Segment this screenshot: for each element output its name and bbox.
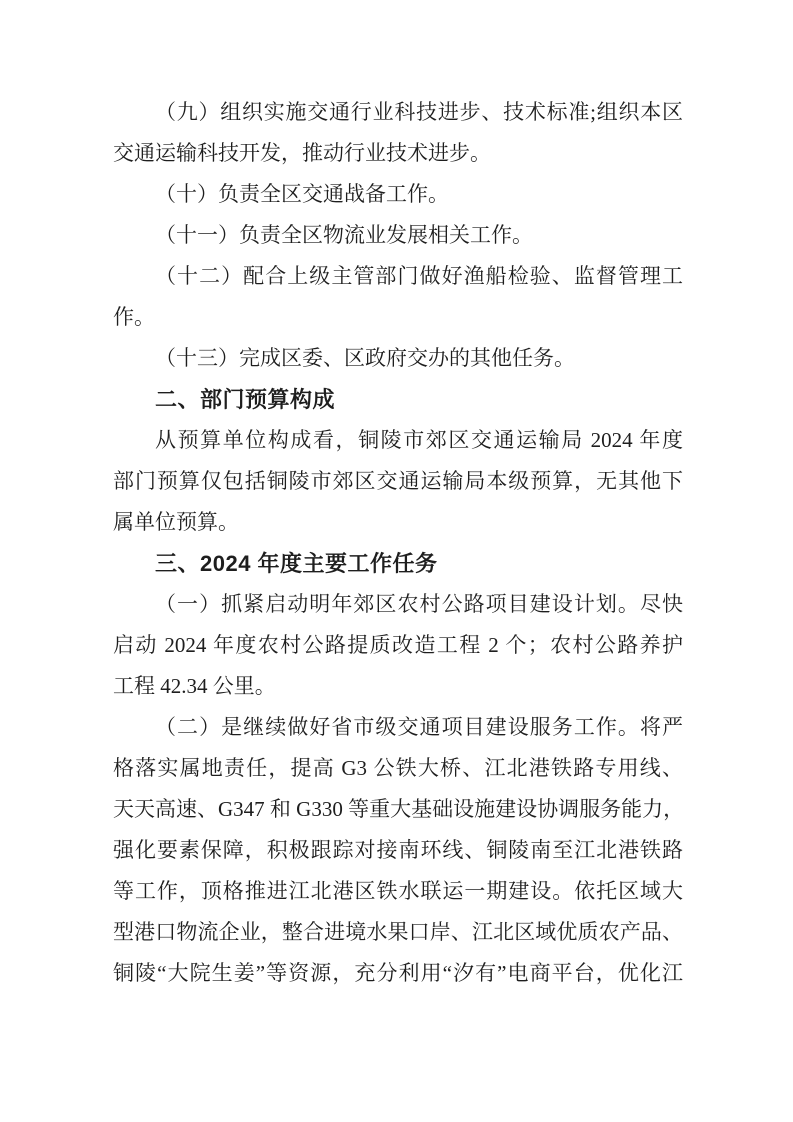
text-line: 天天高速、G347 和 G330 等重大基础设施建设协调服务能力， [113,789,683,830]
text-line: （十）负责全区交通战备工作。 [113,174,683,215]
task-1-paragraph: （一）抓紧启动明年郊区农村公路项目建设计划。尽快启动 2024 年度农村公路提质… [113,584,683,707]
text-line: 工程 42.34 公里。 [113,666,683,707]
text-line: 交通运输科技开发，推动行业技术进步。 [113,133,683,174]
section-2-heading: 二、部门预算构成 [113,379,683,420]
text-line: 三、2024 年度主要工作任务 [113,543,683,584]
text-line: 启动 2024 年度农村公路提质改造工程 2 个；农村公路养护 [113,625,683,666]
section-3-heading: 三、2024 年度主要工作任务 [113,543,683,584]
text-line: 二、部门预算构成 [113,379,683,420]
item-11-paragraph: （十一）负责全区物流业发展相关工作。 [113,215,683,256]
text-line: 铜陵“大院生姜”等资源，充分利用“汐有”电商平台，优化江 [113,953,683,994]
budget-composition-paragraph: 从预算单位构成看，铜陵市郊区交通运输局 2024 年度部门预算仅包括铜陵市郊区交… [113,420,683,543]
item-13-paragraph: （十三）完成区委、区政府交办的其他任务。 [113,338,683,379]
text-line: 作。 [113,297,683,338]
text-line: 从预算单位构成看，铜陵市郊区交通运输局 2024 年度 [113,420,683,461]
item-12-paragraph: （十二）配合上级主管部门做好渔船检验、监督管理工作。 [113,256,683,338]
document-page: （九）组织实施交通行业科技进步、技术标准;组织本区交通运输科技开发，推动行业技术… [0,0,793,1122]
text-line: （十三）完成区委、区政府交办的其他任务。 [113,338,683,379]
text-line: 型港口物流企业，整合进境水果口岸、江北区域优质农产品、 [113,912,683,953]
text-line: 强化要素保障，积极跟踪对接南环线、铜陵南至江北港铁路 [113,830,683,871]
text-line: （二）是继续做好省市级交通项目建设服务工作。将严 [113,707,683,748]
document-content: （九）组织实施交通行业科技进步、技术标准;组织本区交通运输科技开发，推动行业技术… [113,92,683,994]
item-9-paragraph: （九）组织实施交通行业科技进步、技术标准;组织本区交通运输科技开发，推动行业技术… [113,92,683,174]
text-line: 格落实属地责任，提高 G3 公铁大桥、江北港铁路专用线、 [113,748,683,789]
text-line: 属单位预算。 [113,502,683,543]
text-line: （十二）配合上级主管部门做好渔船检验、监督管理工 [113,256,683,297]
text-line: 部门预算仅包括铜陵市郊区交通运输局本级预算，无其他下 [113,461,683,502]
task-2-paragraph: （二）是继续做好省市级交通项目建设服务工作。将严格落实属地责任，提高 G3 公铁… [113,707,683,994]
text-line: （一）抓紧启动明年郊区农村公路项目建设计划。尽快 [113,584,683,625]
text-line: （九）组织实施交通行业科技进步、技术标准;组织本区 [113,92,683,133]
text-line: 等工作，顶格推进江北港区铁水联运一期建设。依托区域大 [113,871,683,912]
item-10-paragraph: （十）负责全区交通战备工作。 [113,174,683,215]
text-line: （十一）负责全区物流业发展相关工作。 [113,215,683,256]
